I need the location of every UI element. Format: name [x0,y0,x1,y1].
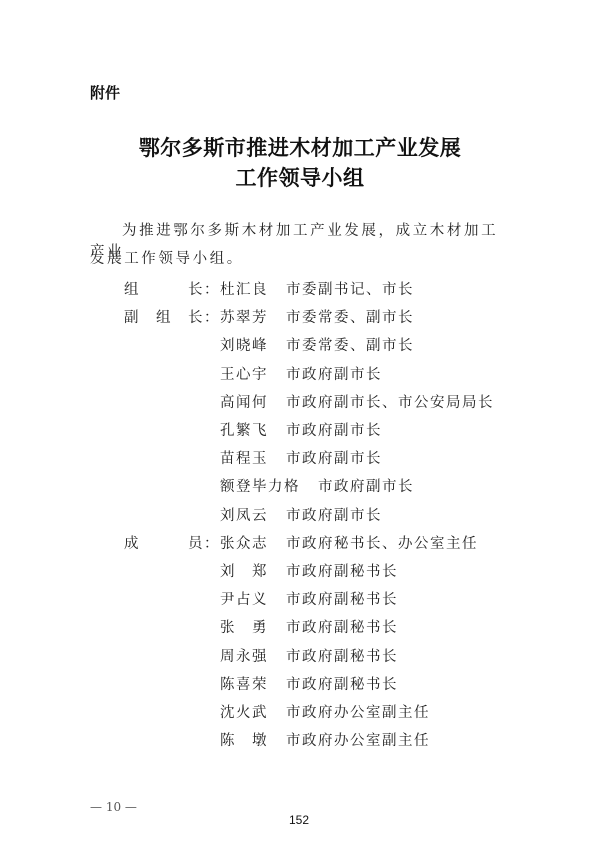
member-name: 刘 郑 [220,560,268,581]
member-title: 市政府副秘书长 [286,673,398,694]
member-name: 孔繁飞 [220,419,268,440]
member-name: 王心宇 [220,363,268,384]
member-name: 苏翠芳 [220,306,268,327]
member-role: 组 长： [124,278,220,299]
member-name: 杜汇良 [220,278,268,299]
member-name: 刘凤云 [220,504,268,525]
member-name: 陈 墩 [220,729,268,750]
member-name: 刘晓峰 [220,334,268,355]
member-name: 张 勇 [220,616,268,637]
member-name: 额登毕力格 [220,475,300,496]
member-title: 市政府副市长、市公安局局长 [286,391,494,412]
member-name: 高闻何 [220,391,268,412]
member-title: 市政府副秘书长 [286,616,398,637]
attachment-label: 附件 [90,82,120,103]
member-name: 张众志 [220,532,268,553]
document-title-line-1: 鄂尔多斯市推进木材加工产业发展 [0,132,600,162]
intro-paragraph-line-2: 发展工作领导小组。 [90,247,515,268]
member-title: 市政府办公室副主任 [286,729,430,750]
member-name: 周永强 [220,645,268,666]
member-title: 市政府副市长 [286,504,382,525]
member-title: 市政府副秘书长 [286,588,398,609]
member-name: 沈火武 [220,701,268,722]
member-name: 尹占义 [220,588,268,609]
page-number-label: — 10 — [90,800,137,814]
document-title-line-2: 工作领导小组 [0,162,600,192]
member-title: 市委常委、副市长 [286,334,414,355]
member-title: 市政府副市长 [286,363,382,384]
member-title: 市委常委、副市长 [286,306,414,327]
member-title: 市政府副秘书长 [286,560,398,581]
member-name: 陈喜荣 [220,673,268,694]
member-title: 市政府副市长 [318,475,414,496]
member-title: 市政府副市长 [286,447,382,468]
member-title: 市政府办公室副主任 [286,701,430,722]
member-title: 市政府秘书长、办公室主任 [286,532,478,553]
member-title: 市政府副秘书长 [286,645,398,666]
member-name: 苗程玉 [220,447,268,468]
member-role: 成 员： [124,532,220,553]
member-title: 市政府副市长 [286,419,382,440]
member-role: 副 组 长： [124,306,220,327]
scan-page-number: 152 [289,813,309,827]
member-title: 市委副书记、市长 [286,278,414,299]
